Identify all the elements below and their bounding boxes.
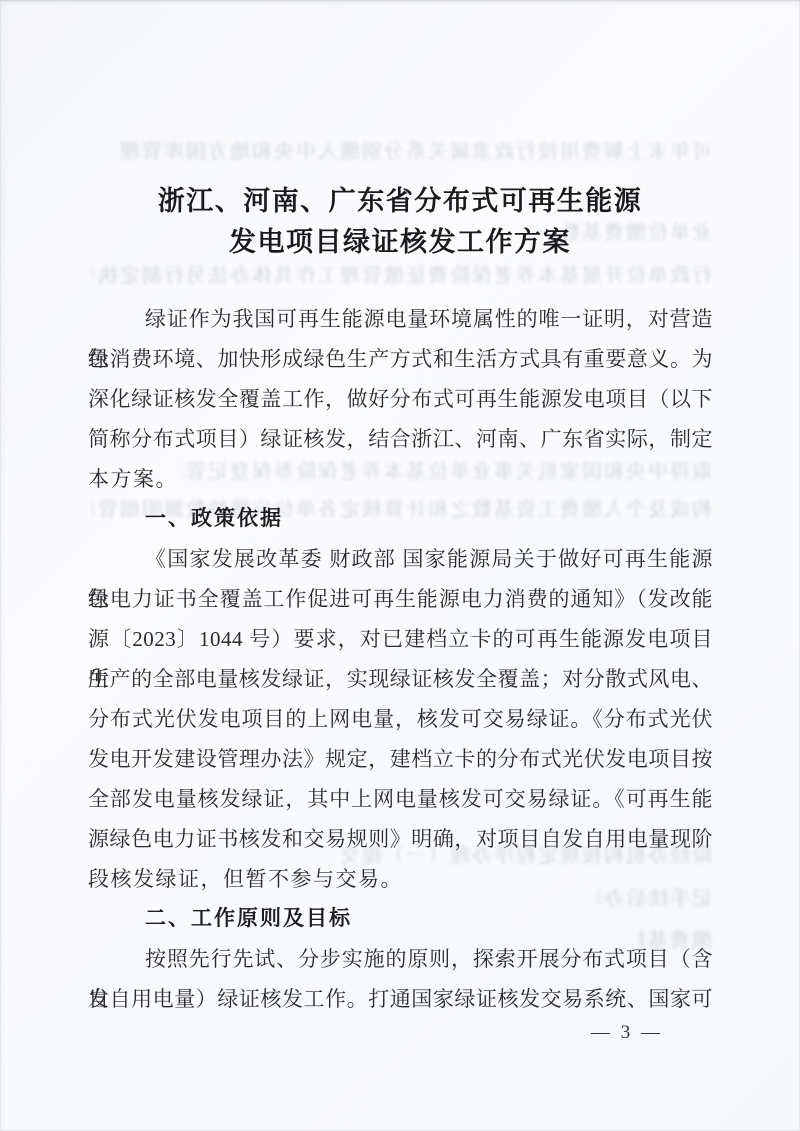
document-title-line: 浙江、河南、广东省分布式可再生能源 — [0, 181, 800, 222]
body-text-line: 全部发电量核发绿证，其中上网电量核发可交易绿证。《可再生能 — [88, 779, 713, 819]
document-title-line: 发电项目绿证核发工作方案 — [0, 222, 800, 263]
section-heading: 二、工作原则及目标 — [88, 899, 713, 939]
body-text-line: 分布式光伏发电项目的上网电量，核发可交易绿证。《分布式光伏 — [88, 699, 713, 739]
bleedthrough-artifact: 行政单位开展基本养老保险费征缴管理工作具体办法另行制定执行 — [92, 263, 712, 289]
body-text-line: 色消费环境、加快形成绿色生产方式和生活方式具有重要意义。为 — [88, 339, 713, 379]
body-text-line: 深化绿证核发全覆盖工作，做好分布式可再生能源发电项目（以下 — [88, 379, 713, 419]
body-text-line: 绿证作为我国可再生能源电量环境属性的唯一证明，对营造绿 — [88, 299, 713, 339]
body-text-line: 发电开发建设管理办法》规定，建档立卡的分布式光伏发电项目按 — [88, 739, 713, 779]
page-number: — 3 — — [547, 1020, 707, 1046]
body-text-line: 《国家发展改革委 财政部 国家能源局关于做好可再生能源绿 — [88, 539, 713, 579]
body-text-line: 简称分布式项目）绿证核发，结合浙江、河南、广东省实际，制定 — [88, 419, 713, 459]
section-heading: 一、政策依据 — [88, 499, 713, 539]
document-body: 绿证作为我国可再生能源电量环境属性的唯一证明，对营造绿色消费环境、加快形成绿色生… — [88, 299, 713, 1019]
body-text-line: 色电力证书全覆盖工作促进可再生能源电力消费的通知》（发改能 — [88, 579, 713, 619]
document-title: 浙江、河南、广东省分布式可再生能源发电项目绿证核发工作方案 — [0, 181, 800, 263]
bleedthrough-artifact: 可年末上解费用按行政隶属关系分别缴入中央和地方国库管理 — [96, 139, 712, 165]
body-text-line: 源绿色电力证书核发和交易规则》明确，对项目自发自用电量现阶 — [88, 819, 713, 859]
body-text-line: 本方案。 — [88, 459, 713, 499]
body-text-line: 段核发绿证，但暂不参与交易。 — [88, 859, 713, 899]
body-text-line: 生产的全部电量核发绿证，实现绿证核发全覆盖；对分散式风电、 — [88, 659, 713, 699]
body-text-line: 发自用电量）绿证核发工作。打通国家绿证核发交易系统、国家可 — [88, 979, 713, 1019]
body-text-line: 按照先行先试、分步实施的原则，探索开展分布式项目（含自 — [88, 939, 713, 979]
body-text-line: 源〔2023〕1044 号）要求，对已建档立卡的可再生能源发电项目所 — [88, 619, 713, 659]
scanned-document-page: 可年末上解费用按行政隶属关系分别缴入中央和地方国库管理 业单位缴费基数 行政单位… — [0, 0, 800, 1131]
